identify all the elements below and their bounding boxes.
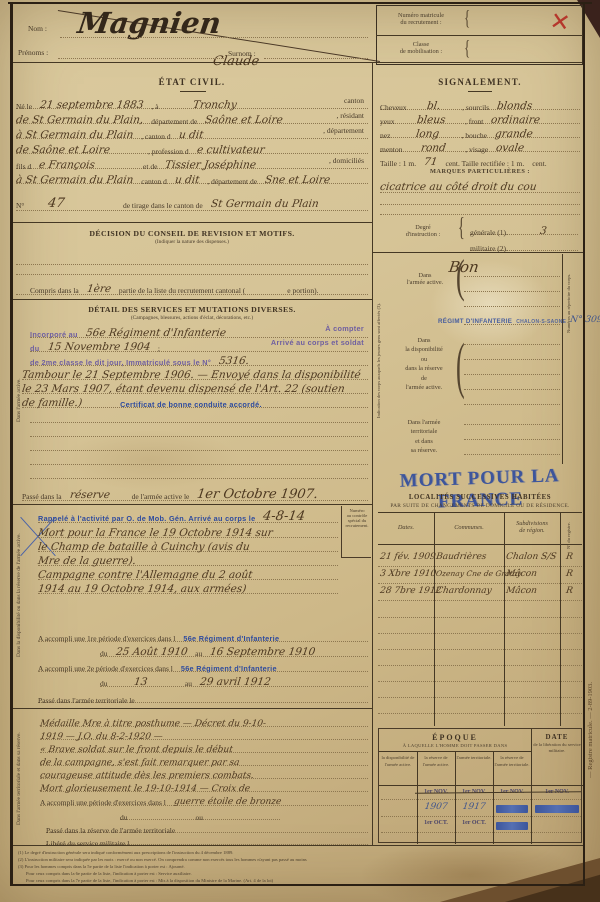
val: 3 bbox=[539, 225, 547, 237]
val: 47 bbox=[47, 196, 66, 211]
posthume-line-3: « Brave soldat sur le front depuis le dé… bbox=[40, 740, 368, 753]
services-line-2: du 15 Novembre 1904 ; Arrivé au corps et… bbox=[30, 338, 368, 352]
brace: { bbox=[464, 35, 470, 61]
val: 1914 au 19 Octobre 1914, aux armées) bbox=[37, 583, 247, 595]
services-subtitle: (Campagnes, blessures, actions d'éclat, … bbox=[16, 315, 368, 321]
tirage-line: N° 47 de tirage dans le canton de St Ger… bbox=[16, 195, 368, 211]
rule bbox=[30, 422, 368, 423]
services-line-3: de 2me classe le dit jour, Immatriculé s… bbox=[30, 352, 368, 366]
col-subdivisions: Subdivisions de région. bbox=[504, 520, 560, 534]
posthume-margin-label: Dans l'armée territoriale et dans sa rés… bbox=[16, 716, 34, 841]
rule bbox=[378, 697, 582, 698]
prenoms-label: Prénoms : bbox=[18, 48, 48, 57]
subdiv: Chalon S/S bbox=[505, 552, 557, 562]
stain bbox=[60, 430, 240, 490]
rule bbox=[381, 816, 581, 817]
rule bbox=[464, 344, 560, 345]
rule bbox=[464, 276, 560, 277]
repertoire-col-line bbox=[562, 254, 563, 464]
footnote-4: Pour ceux compris dans la 6e partie de l… bbox=[26, 871, 578, 876]
val: 25 Août 1910 bbox=[115, 646, 188, 658]
services-line-6: de famille.) Certificat de bonne conduit… bbox=[22, 394, 368, 408]
lbl: sa réserve. bbox=[411, 447, 438, 454]
val: Saône et Loire bbox=[204, 114, 283, 126]
periode1-dates: du 25 Août 1910 au 16 Septembre 1910 bbox=[100, 643, 368, 657]
val: à St Germain du Plain bbox=[15, 174, 134, 186]
rule bbox=[464, 324, 560, 325]
posthume-line-2: 1919 — J.O. du 8-2-1920 — bbox=[40, 727, 368, 740]
subdiv: Mâcon bbox=[505, 569, 537, 579]
instruction-label: Degré d'instruction : bbox=[388, 224, 458, 238]
lbl: territoriale bbox=[411, 428, 438, 435]
lbl: département de bbox=[151, 117, 197, 126]
lbl: Degré bbox=[415, 224, 430, 231]
rule bbox=[464, 359, 560, 360]
lbl: A accompli une période d'exercices dans … bbox=[40, 798, 166, 807]
lbl: de tirage dans le canton de bbox=[123, 201, 203, 210]
rule bbox=[464, 454, 560, 455]
menton-line: menton rond , visage ovale bbox=[380, 139, 580, 152]
lbl: générale (1). bbox=[470, 228, 508, 237]
posthume-line-6: Mort glorieusement le 19-10-1914 — Croix… bbox=[40, 779, 368, 792]
footnote-2: (2) L'instruction militaire sera indiqué… bbox=[18, 857, 578, 862]
brace: { bbox=[464, 5, 470, 31]
epoque-r3c1: 1er OCT. bbox=[418, 820, 454, 826]
registre: R bbox=[565, 586, 573, 596]
subdiv: Mâcon bbox=[505, 586, 537, 596]
val: 4-8-14 bbox=[262, 509, 306, 524]
date-title: DATE bbox=[531, 733, 583, 741]
lbl: canton d bbox=[141, 177, 167, 186]
corps-margin-label: Indication des corps auxquels les jeunes… bbox=[376, 258, 388, 463]
lbl: cent. bbox=[532, 159, 546, 168]
table-vline bbox=[560, 512, 561, 726]
stamp-text: À compter bbox=[325, 324, 364, 333]
lbl: d'instruction : bbox=[406, 231, 441, 238]
services-title: DÉTAIL DES SERVICES ET MUTATIONS DIVERSE… bbox=[16, 305, 368, 314]
val: de Saône et Loire bbox=[15, 144, 111, 156]
frame-left bbox=[10, 2, 13, 886]
posthume-line-5: courageuse attitude dès les premiers com… bbox=[40, 766, 368, 779]
localites-row: 21 fév. 1909 Baudrières Chalon S/S R bbox=[378, 550, 582, 567]
lbl: Numéro matricule bbox=[398, 12, 444, 19]
epoque-col-2: la réserve de l'armée active. bbox=[418, 755, 454, 769]
rule bbox=[30, 478, 368, 479]
val: Sne et Loire bbox=[264, 174, 331, 186]
table-line bbox=[378, 512, 582, 513]
lbl: l'armée active. bbox=[406, 384, 442, 391]
epoque-col-4: la réserve de l'armée territoriale. bbox=[494, 755, 530, 769]
table-line bbox=[379, 785, 583, 786]
posthume-line-4: de la campagne, s'est fait remarquer par… bbox=[40, 753, 368, 766]
brace: ( bbox=[456, 250, 465, 304]
epoque-col-3: l'armée territoriale. bbox=[456, 755, 492, 762]
rule bbox=[380, 204, 580, 205]
campagne-line-1: Campagne contre l'Allemagne du 2 août bbox=[38, 566, 338, 580]
cheveux-line: Cheveux bl. , sourcils blonds bbox=[380, 97, 580, 110]
rule bbox=[378, 633, 582, 634]
val: St Germain du Plain bbox=[210, 198, 319, 210]
document-page: Nom : Magnien Prénoms : Claude Surnom : … bbox=[0, 0, 600, 902]
surnom-label: Surnom : bbox=[228, 49, 256, 58]
val: 29 avril 1912 bbox=[199, 676, 271, 688]
etat-civil-title: ÉTAT CIVIL. bbox=[16, 77, 368, 87]
armee-active-label: Dans l'armée active. bbox=[396, 272, 454, 286]
civil-line-1: Né le 21 septembre 1883 , à Tronchy cant… bbox=[16, 96, 368, 109]
lbl: de mobilisation : bbox=[400, 48, 442, 55]
mort-line-1: Mort pour la France le 19 Octobre 1914 s… bbox=[38, 524, 338, 538]
lbl: A accompli une 2e période d'exercices da… bbox=[38, 664, 173, 673]
instruction-militaire: militaire (2). bbox=[470, 238, 578, 251]
rule bbox=[464, 404, 560, 405]
title-underline bbox=[180, 91, 206, 92]
title-underline bbox=[468, 91, 492, 92]
lbl: Passé dans l'armée territoriale le bbox=[38, 696, 135, 705]
val: e François bbox=[38, 159, 96, 171]
rule bbox=[16, 264, 368, 265]
col-communes: Communes. bbox=[434, 524, 504, 531]
rule bbox=[381, 832, 581, 833]
periode2-line: A accompli une 2e période d'exercices da… bbox=[38, 658, 368, 672]
matricule-box-midline bbox=[376, 35, 583, 36]
epoque-col-1: la disponibilité de l'armée active. bbox=[380, 755, 416, 769]
lbl: partie de la liste du recrutement canton… bbox=[119, 286, 245, 295]
marques-value-line: cicatrice au côté droit du cou bbox=[380, 178, 580, 193]
rule bbox=[378, 681, 582, 682]
footnote-3: (3) Pour les hommes compris dans la 5e p… bbox=[18, 864, 578, 869]
val: e cultivateur bbox=[196, 144, 265, 156]
signalement-title: SIGNALEMENT. bbox=[378, 77, 582, 87]
lbl: , département bbox=[323, 126, 364, 135]
rule bbox=[378, 600, 582, 601]
controle-box: Numéro au contrôle spécial du recrutemen… bbox=[341, 506, 371, 558]
lbl: cent. Taille rectifiée : 1 m. bbox=[446, 159, 525, 168]
lbl: Libéré du service militaire l bbox=[46, 839, 129, 848]
brace: ( bbox=[456, 331, 465, 403]
table-vline bbox=[434, 512, 435, 726]
civil-line-2: de St Germain du Plain, département de S… bbox=[16, 111, 368, 124]
val: 16 Septembre 1910 bbox=[209, 646, 316, 658]
blue-overstamp bbox=[496, 822, 528, 830]
table-vline bbox=[531, 729, 532, 844]
rule bbox=[464, 424, 560, 425]
lbl: l'armée active. bbox=[407, 279, 443, 286]
mobilisation-stamp-line: Rappelé à l'activité par O. de Mob. Gén.… bbox=[38, 508, 338, 523]
lbl: Compris dans la bbox=[30, 286, 79, 295]
lbl: Dans bbox=[418, 337, 431, 344]
epoque-r2c2: 1917 bbox=[455, 802, 492, 812]
lbl: de bbox=[421, 375, 427, 382]
table-line bbox=[378, 544, 582, 545]
frame-bottom bbox=[10, 884, 585, 886]
val: de famille.) bbox=[21, 397, 83, 409]
rule bbox=[464, 439, 560, 440]
lbl: du bbox=[100, 679, 108, 688]
lbl: Passé dans la bbox=[22, 492, 62, 501]
civil-line-6: à St Germain du Plain canton d u dit , d… bbox=[16, 171, 368, 184]
rule bbox=[380, 214, 580, 215]
lbl: Dans l'armée bbox=[408, 419, 441, 426]
rule bbox=[30, 464, 368, 465]
rule bbox=[60, 37, 368, 38]
mort-line-3: Mre de la guerre). bbox=[38, 552, 338, 566]
epoque-table: ÉPOQUE À LAQUELLE L'HOMME DOIT PASSER DA… bbox=[378, 728, 582, 843]
localites-subtitle: PAR SUITE DE CHANGEMENTS DE DOMICILE OU … bbox=[378, 503, 582, 509]
val: 71 bbox=[423, 156, 438, 168]
lbl: de l'armée active le bbox=[132, 492, 190, 501]
posthume-terr: Passé dans la réserve de l'armée territo… bbox=[46, 820, 368, 833]
table-vline bbox=[455, 751, 456, 844]
val: 1er Octobre 1907. bbox=[196, 487, 319, 502]
lbl: de région. bbox=[519, 527, 545, 534]
stamp-text: Certificat de bonne conduite accordé. bbox=[120, 400, 262, 409]
blue-overstamp bbox=[496, 805, 528, 813]
lbl: fils d bbox=[16, 162, 31, 171]
campagne-line-2: 1914 au 19 Octobre 1914, aux armées) bbox=[38, 580, 338, 594]
col-registre: N° du registre. bbox=[566, 518, 576, 554]
localites-row: 3 Xbre 1910 Ozenay Cne de Gratay Mâcon R bbox=[378, 567, 582, 584]
col-dates: Dates. bbox=[378, 524, 434, 531]
lbl: recrutement. bbox=[345, 523, 368, 528]
rule bbox=[378, 665, 582, 666]
val: Tissier Joséphine bbox=[165, 159, 258, 171]
posthume-line-7: A accompli une période d'exercices dans … bbox=[40, 792, 368, 806]
lbl: A accompli une 1re période d'exercices d… bbox=[38, 634, 175, 643]
territoriale-line: Passé dans l'armée territoriale le bbox=[38, 690, 368, 703]
lbl: et dans bbox=[415, 438, 433, 445]
epoque-subtitle: À LAQUELLE L'HOMME DOIT PASSER DANS bbox=[379, 743, 531, 748]
date: 28 7bre 1912 bbox=[379, 586, 442, 596]
lbl: au bbox=[185, 679, 192, 688]
nom-label: Nom : bbox=[28, 24, 47, 33]
lbl: , département de bbox=[207, 177, 257, 186]
brace: { bbox=[458, 215, 465, 245]
posthume-line-1: Médaille Mre à titre posthume — Décret d… bbox=[40, 714, 368, 727]
decision-title: DÉCISION DU CONSEIL DE REVISION ET MOTIF… bbox=[16, 229, 368, 238]
rule bbox=[30, 436, 368, 437]
services-line-4: Tambour le 21 Septembre 1906. — Envoyé d… bbox=[22, 366, 368, 380]
val: de St Germain du Plain, bbox=[15, 114, 144, 126]
regiment-stamp: RÉGIMT D'INFANTERIE CHALON-S-SAONE N° 30… bbox=[438, 310, 600, 328]
mort-line-2: le Champ de bataille à Cuinchy (avis du bbox=[38, 538, 338, 552]
lbl: , résidant bbox=[337, 111, 365, 120]
rule bbox=[378, 713, 582, 714]
civil-line-5: fils d e François et de Tissier Joséphin… bbox=[16, 156, 368, 169]
val: guerre étoile de bronze bbox=[173, 797, 282, 807]
edge-caption: — Registre matricule. — 2-89-1903. bbox=[587, 640, 599, 820]
stamp-text: Arrivé au corps et soldat bbox=[271, 338, 364, 347]
epoque-r2c1: 1907 bbox=[417, 802, 454, 812]
rule bbox=[16, 274, 368, 275]
lbl: et de bbox=[143, 162, 157, 171]
disponibilite-label: Dans la disponibilité ou dans la réserve… bbox=[392, 336, 456, 393]
periode1-line: A accompli une 1re période d'exercices d… bbox=[38, 628, 368, 642]
frame-right bbox=[583, 2, 585, 886]
epoque-title: ÉPOQUE bbox=[379, 733, 531, 742]
stamp-text: 56e Régiment d'Infanterie bbox=[181, 664, 277, 673]
localites-title: LOCALITÉS SUCCESSIVES HABITÉES bbox=[378, 494, 582, 501]
nez-line: nez long , bouche grande bbox=[380, 125, 580, 138]
lbl: ou bbox=[421, 356, 427, 363]
val: 13 bbox=[133, 676, 148, 688]
lbl: e portion). bbox=[287, 286, 318, 295]
val: u dit bbox=[178, 129, 204, 141]
nom-value: Magnien bbox=[76, 6, 224, 40]
footnote-5: Pour ceux compris dans la 7e partie de l… bbox=[26, 878, 578, 883]
controle-label: Numéro au contrôle spécial du recrutemen… bbox=[342, 508, 372, 528]
registre: R bbox=[565, 569, 573, 579]
stamp-number: N° 309 bbox=[570, 315, 600, 325]
yeux-line: yeux bleus , front ordinaire bbox=[380, 111, 580, 124]
stamp-text: 56e Régiment d'Infanterie bbox=[183, 634, 279, 643]
column-divider bbox=[372, 62, 373, 845]
civil-line-4: de Saône et Loire , profession d e culti… bbox=[16, 141, 368, 154]
section-line bbox=[373, 252, 583, 253]
lbl: N° bbox=[16, 201, 24, 210]
rule bbox=[264, 58, 368, 59]
lbl: , domiciliés bbox=[329, 156, 364, 165]
reserve-line: Passé dans la réserve de l'armée active … bbox=[22, 486, 368, 501]
rule bbox=[464, 306, 560, 307]
territoriale-label: Dans l'armée territoriale et dans sa rés… bbox=[392, 418, 456, 456]
lbl: Dans bbox=[419, 272, 432, 279]
rule bbox=[464, 291, 560, 292]
val: cicatrice au côté droit du cou bbox=[379, 181, 537, 193]
lbl: dans la réserve bbox=[405, 365, 442, 372]
commune: Chardonnay bbox=[435, 586, 492, 596]
section-line bbox=[13, 299, 372, 300]
blue-overstamp bbox=[535, 805, 579, 813]
date: 21 fév. 1909 bbox=[379, 552, 436, 562]
rule bbox=[464, 389, 560, 390]
date-subtitle: de la libération du service militaire. bbox=[533, 742, 581, 755]
lbl: Classe bbox=[413, 41, 429, 48]
lbl: du recrutement : bbox=[400, 19, 441, 26]
repertoire-label: Numéros au répertoire du corps. bbox=[566, 258, 576, 348]
civil-line-3: à St Germain du Plain , canton d u dit ,… bbox=[16, 126, 368, 139]
lbl: canton bbox=[344, 96, 364, 105]
taille-line: Taille : 1 m. 71 cent. Taille rectifiée … bbox=[380, 153, 580, 166]
val: Tronchy bbox=[192, 99, 237, 111]
date: 3 Xbre 1910 bbox=[379, 569, 437, 579]
rule bbox=[30, 450, 368, 451]
val: u dit bbox=[174, 174, 200, 186]
lbl: , canton d bbox=[141, 132, 170, 141]
compris-line: Compris dans la 1ère partie de la liste … bbox=[16, 280, 368, 295]
posthume-du-ou: du ou bbox=[120, 807, 280, 820]
lbl: , à bbox=[151, 102, 158, 111]
lbl: Taille : 1 m. bbox=[380, 159, 416, 168]
localites-row: 28 7bre 1912 Chardonnay Mâcon R bbox=[378, 584, 582, 601]
rule bbox=[381, 799, 581, 800]
stamp-text: Rappelé à l'activité par O. de Mob. Gén.… bbox=[38, 514, 255, 523]
posthume-libere: Libéré du service militaire l bbox=[46, 833, 368, 845]
decision-subtitle: (Indiquer la nature des dispenses.) bbox=[16, 239, 368, 245]
lbl: du bbox=[100, 649, 108, 658]
classe-label: Classe de mobilisation : bbox=[380, 41, 462, 55]
rule bbox=[378, 617, 582, 618]
val: à St Germain du Plain bbox=[15, 129, 134, 141]
periode2-dates: du 13 au 29 avril 1912 bbox=[100, 673, 368, 687]
section-line bbox=[13, 222, 372, 223]
lbl: Subdivisions bbox=[516, 520, 548, 527]
registre: R bbox=[565, 552, 573, 562]
val: 21 septembre 1883 bbox=[39, 99, 144, 111]
instruction-generale: générale (1). 3 bbox=[470, 222, 578, 235]
rule bbox=[58, 58, 224, 59]
services-line-1: Incorporé au 56e Régiment d'Infanterie À… bbox=[30, 324, 368, 338]
section-line bbox=[13, 708, 372, 709]
val: réserve bbox=[69, 489, 111, 501]
marques-title: MARQUES PARTICULIÈRES : bbox=[380, 168, 580, 175]
services-line-5: le 23 Mars 1907, étant devenu dispensé d… bbox=[22, 380, 368, 394]
table-vline bbox=[504, 512, 505, 726]
epoque-r3c2: 1er OCT. bbox=[456, 820, 492, 826]
section-line bbox=[13, 504, 372, 505]
val: 1ère bbox=[86, 283, 112, 295]
commune: Baudrières bbox=[435, 552, 487, 562]
lbl: , profession d bbox=[148, 147, 189, 156]
frame-top bbox=[8, 2, 592, 4]
lbl: au bbox=[195, 649, 202, 658]
matricule-label: Numéro matricule du recrutement : bbox=[380, 12, 462, 26]
footnote-1: (1) Le degré d'instruction générale sera… bbox=[18, 850, 578, 855]
rule bbox=[378, 649, 582, 650]
lbl: la disponibilité bbox=[405, 346, 443, 353]
lbl: Né le bbox=[16, 102, 32, 111]
rule bbox=[464, 374, 560, 375]
